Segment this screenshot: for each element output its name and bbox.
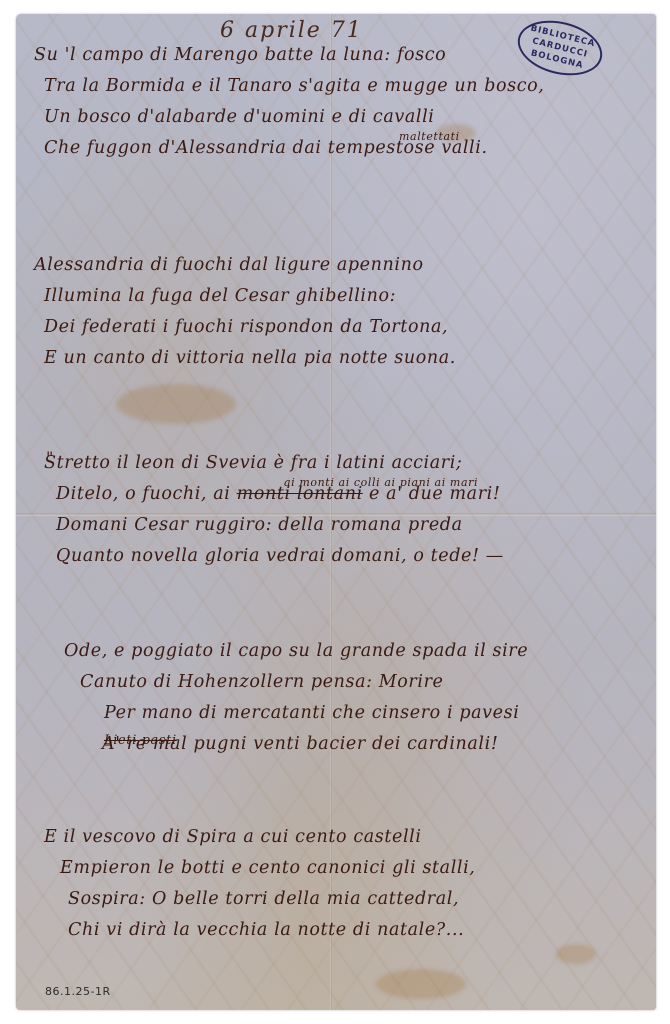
- stanza-4: Ode, e poggiato il capo su la grande spa…: [34, 636, 624, 760]
- interlinear-correction: maltettati: [399, 121, 460, 152]
- ink-stain: [556, 944, 596, 964]
- verse-line: Tra la Bormida e il Tanaro s'agita e mug…: [34, 71, 624, 102]
- verse-line: Alessandria di fuochi dal ligure apennin…: [34, 250, 624, 281]
- manuscript-scan: 6 aprile 71 BIBLIOTECA CARDUCCI BOLOGNA …: [0, 0, 670, 1024]
- verse-line: Empieron le botti e cento canonici gli s…: [34, 853, 624, 884]
- shelfmark: 86.1.25-1R: [45, 985, 111, 998]
- verse-line: Che fuggon d'Alessandria dai maltettati …: [34, 133, 624, 164]
- verse-line: Dei federati i fuochi rispondon da Torto…: [34, 312, 624, 343]
- verse-line: Domani Cesar ruggiro: della romana preda: [34, 510, 624, 541]
- stanza-2: Alessandria di fuochi dal ligure apennin…: [34, 250, 624, 374]
- verse-line: Canuto di Hohenzollern pensa: Morire: [34, 667, 624, 698]
- struck-text: Lieti pasti: [104, 725, 177, 756]
- opening-quote: ": [46, 442, 54, 473]
- verse-line: Illumina la fuga del Cesar ghibellino:: [34, 281, 624, 312]
- verse-line: Chi vi dirà la vecchia la notte di natal…: [34, 915, 624, 946]
- verse-text: Che fuggon d'Alessandria dai: [44, 138, 322, 158]
- verse-line: Ode, e poggiato il capo su la grande spa…: [34, 636, 624, 667]
- interlinear-correction: ai monti ai colli ai piani ai mari: [284, 467, 478, 498]
- verse-line: Su 'l campo di Marengo batte la luna: fo…: [34, 40, 624, 71]
- stanza-1: Su 'l campo di Marengo batte la luna: fo…: [34, 40, 624, 164]
- verse-line: Un bosco d'alabarde d'uomini e di cavall…: [34, 102, 624, 133]
- stanza-3: " Stretto il leon di Svevia è fra i lati…: [34, 448, 624, 572]
- verse-line: Ditelo, o fuochi, ai ai monti ai colli a…: [34, 479, 624, 510]
- verse-line: Lieti pasti A' re mal pugni venti bacier…: [34, 729, 624, 760]
- verse-text: Ditelo, o fuochi, ai: [56, 484, 230, 504]
- verse-line: Quanto novella gloria vedrai domani, o t…: [34, 541, 624, 572]
- verse-line: E il vescovo di Spira a cui cento castel…: [34, 822, 624, 853]
- verse-line: E un canto di vittoria nella pia notte s…: [34, 343, 624, 374]
- ink-stain: [116, 384, 236, 424]
- verse-line: Sospira: O belle torri della mia cattedr…: [34, 884, 624, 915]
- ink-stain: [376, 969, 466, 999]
- stanza-5: E il vescovo di Spira a cui cento castel…: [34, 822, 624, 946]
